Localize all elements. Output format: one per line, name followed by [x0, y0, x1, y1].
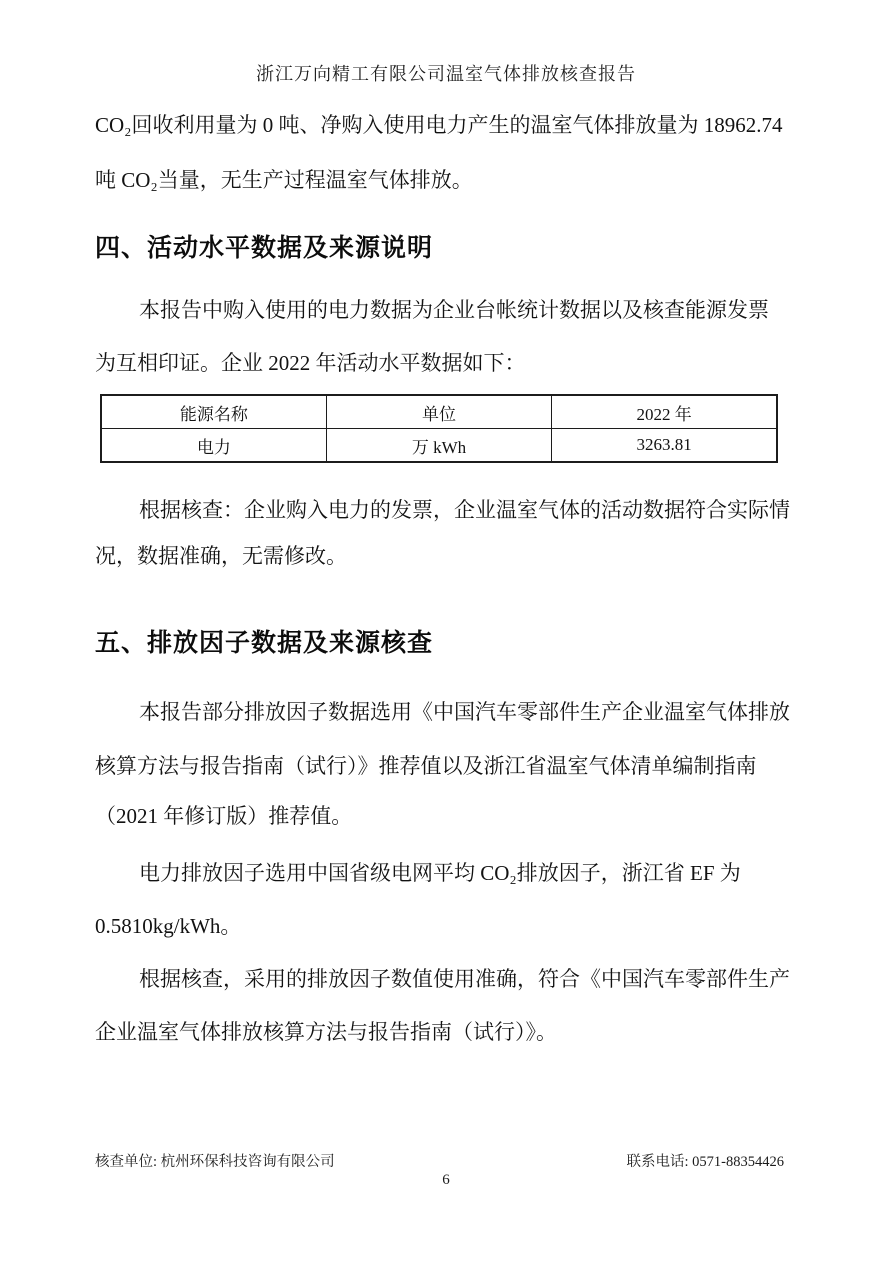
report-header-title: 浙江万向精工有限公司温室气体排放核查报告	[0, 60, 892, 86]
section5-para1-line-3: （2021 年修订版）推荐值。	[95, 803, 805, 829]
section4-heading: 四、活动水平数据及来源说明	[95, 228, 433, 264]
table-cell-value: 3263.81	[552, 429, 777, 463]
footer-verifier-unit: 核查单位: 杭州环保科技咨询有限公司	[95, 1150, 335, 1171]
table-header-energy-name: 能源名称	[101, 395, 326, 429]
section5-heading: 五、排放因子数据及来源核查	[95, 623, 433, 659]
section4-para1-line-1: 本报告中购入使用的电力数据为企业台帐统计数据以及核查能源发票	[95, 297, 849, 323]
section5-para1-line-2: 核算方法与报告指南（试行）》推荐值以及浙江省温室气体清单编制指南	[95, 753, 805, 779]
table-row: 电力 万 kWh 3263.81	[101, 429, 777, 463]
section5-para3-line-1: 根据核查，采用的排放因子数值使用准确，符合《中国汽车零部件生产	[95, 966, 849, 992]
footer-contact-phone: 联系电话: 0571-88354426	[627, 1150, 784, 1171]
intro-line-2: 吨 CO₂当量，无生产过程温室气体排放。	[95, 167, 805, 193]
activity-data-table: 能源名称 单位 2022 年 电力 万 kWh 3263.81	[100, 394, 778, 463]
page-number: 6	[0, 1172, 892, 1189]
table-header-year: 2022 年	[552, 395, 777, 429]
section4-para2-line-2: 况，数据准确，无需修改。	[95, 543, 805, 569]
section5-para2-line-1: 电力排放因子选用中国省级电网平均 CO₂排放因子，浙江省 EF 为	[95, 860, 849, 886]
table-cell-energy-name: 电力	[101, 429, 326, 463]
document-page: 浙江万向精工有限公司温室气体排放核查报告 CO₂回收利用量为 0 吨、净购入使用…	[0, 0, 892, 1262]
table-header-unit: 单位	[326, 395, 551, 429]
intro-line-1: CO₂回收利用量为 0 吨、净购入使用电力产生的温室气体排放量为 18962.7…	[95, 112, 805, 138]
section4-para2-line-1: 根据核查：企业购入电力的发票，企业温室气体的活动数据符合实际情	[95, 497, 849, 523]
table-header-row: 能源名称 单位 2022 年	[101, 395, 777, 429]
table-cell-unit: 万 kWh	[326, 429, 551, 463]
section5-para1-line-1: 本报告部分排放因子数据选用《中国汽车零部件生产企业温室气体排放	[95, 699, 849, 725]
section5-para3-line-2: 企业温室气体排放核算方法与报告指南（试行）》。	[95, 1019, 805, 1045]
section4-para1-line-2: 为互相印证。企业 2022 年活动水平数据如下：	[95, 350, 805, 376]
section5-para2-line-2: 0.5810kg/kWh。	[95, 913, 805, 939]
